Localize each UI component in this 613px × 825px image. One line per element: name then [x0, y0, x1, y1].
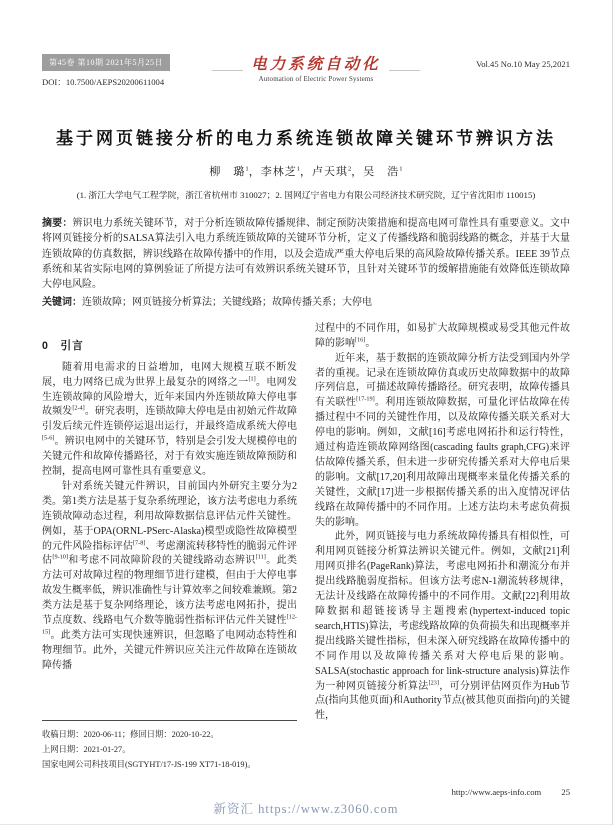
issue-banner: 第45卷 第10期 2021年5月25日: [42, 54, 170, 71]
right-paragraph-3: 此外，网页链接与电力系统故障传播具有相似性，可利用网页链接分析算法辨识关键元件。…: [315, 530, 570, 724]
right-paragraph-1: 过程中的不同作用，如易扩大故障规模或易受其他元件故障的影响[16]。: [315, 322, 570, 352]
left-paragraph-2: 针对系统关键元件辨识，目前国内外研究主要分为2类。第1类方法是基于复杂系统理论，…: [42, 480, 297, 674]
paper-page: 第45卷 第10期 2021年5月25日 DOI：10.7500/AEPS202…: [0, 0, 613, 825]
authors-line: 柳 璐1，李林芝1，卢天琪2，吴 浩1: [42, 163, 570, 179]
header-left: 第45卷 第10期 2021年5月25日 DOI：10.7500/AEPS202…: [42, 52, 212, 88]
keywords-block: 关键词：连锁故障；网页链接分析算法；关键线路；故障传播关系；大停电: [42, 295, 570, 310]
footnote-online: 上网日期：2021-01-27。: [42, 742, 297, 757]
footnote-block: 收稿日期：2020-06-11；修回日期：2020-10-22。 上网日期：20…: [42, 720, 297, 772]
page-footer: http://www.aeps-info.com 25: [452, 787, 570, 797]
left-paragraph-1: 随着用电需求的日益增加，电网大规模互联不断发展，电力网络已成为世界上最复杂的网络…: [42, 361, 297, 480]
right-column: 过程中的不同作用，如易扩大故障规模或易受其他元件故障的影响[16]。 近年来，基…: [315, 322, 570, 772]
page-number: 25: [561, 787, 570, 797]
journal-header: 第45卷 第10期 2021年5月25日 DOI：10.7500/AEPS202…: [42, 52, 570, 88]
body-columns: 0 引言 随着用电需求的日益增加，电网大规模互联不断发展，电力网络已成为世界上最…: [42, 322, 570, 772]
abstract-label: 摘要：: [42, 218, 72, 229]
affiliation-line: (1. 浙江大学电气工程学院，浙江省杭州市 310027；2. 国网辽宁省电力有…: [42, 188, 570, 201]
abstract-text: 辨识电力系统关键环节，对于分析连锁故障传播规律、制定预防决策措施和提高电网可靠性…: [42, 218, 570, 290]
right-paragraph-2: 近年来，基于数据的连锁故障分析方法受到国内外学者的重视。记录在连锁故障仿真或历史…: [315, 352, 570, 531]
abstract-block: 摘要：辨识电力系统关键环节，对于分析连锁故障传播规律、制定预防决策措施和提高电网…: [42, 216, 570, 292]
keywords-text: 连锁故障；网页链接分析算法；关键线路；故障传播关系；大停电: [82, 297, 372, 308]
doi-text: DOI：10.7500/AEPS20200611004: [42, 76, 212, 88]
volume-info: Vol.45 No.10 May 25,2021: [420, 52, 570, 69]
journal-logo: 电力系统自动化 Automation of Electric Power Sys…: [212, 52, 420, 83]
journal-title-cn: 电力系统自动化: [243, 52, 389, 74]
page-content: 第45卷 第10期 2021年5月25日 DOI：10.7500/AEPS202…: [0, 0, 612, 772]
watermark-link[interactable]: 新资汇 https://www.z3060.com: [0, 799, 612, 817]
journal-title-en: Automation of Electric Power Systems: [212, 76, 420, 83]
section-heading-intro: 0 引言: [42, 339, 297, 354]
paper-title: 基于网页链接分析的电力系统连锁故障关键环节辨识方法: [42, 124, 570, 149]
header-rule-right: [389, 70, 420, 71]
footer-url[interactable]: http://www.aeps-info.com: [452, 787, 542, 797]
footnote-received: 收稿日期：2020-06-11；修回日期：2020-10-22。: [42, 727, 297, 742]
footnote-project: 国家电网公司科技项目(SGTYHT/17-JS-199 XT71-18-019)…: [42, 757, 297, 772]
keywords-label: 关键词：: [42, 297, 82, 308]
header-rule-left: [212, 70, 243, 71]
left-column: 0 引言 随着用电需求的日益增加，电网大规模互联不断发展，电力网络已成为世界上最…: [42, 322, 297, 772]
logo-row: 电力系统自动化: [212, 52, 420, 74]
